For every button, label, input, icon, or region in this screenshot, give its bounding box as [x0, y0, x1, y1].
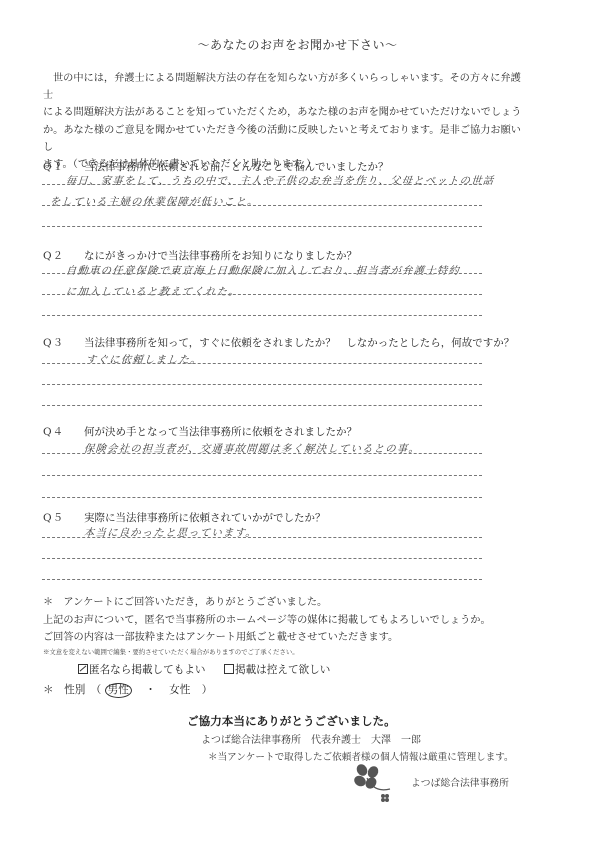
- answer-rule: [42, 294, 482, 295]
- answer-rule: [42, 273, 482, 274]
- four-leaf-clover-icon: [352, 763, 412, 805]
- answer-rule: [42, 537, 482, 538]
- answer-rule: [42, 205, 482, 206]
- question-number: Q４: [43, 424, 64, 439]
- gender-female[interactable]: 女性: [169, 684, 190, 696]
- answer-rule: [42, 384, 482, 385]
- question-number: Q１: [43, 159, 64, 174]
- thanks-note: ＊ アンケートにご回答いただき，ありがとうございました。: [43, 593, 327, 608]
- gender-male-selected[interactable]: 男性: [105, 683, 132, 698]
- question-text: 実際に当法律事務所に依頼されていかがでしたか？: [84, 510, 326, 525]
- answer-line: 自動車の任意保険で東京海上日動保険に加入しており、担当者が弁護士特約: [65, 262, 460, 277]
- answer-rule: [42, 363, 482, 364]
- option-anonymous-ok[interactable]: 匿名なら掲載してもよい: [78, 662, 206, 677]
- signature: よつば総合法律事務所 代表弁護士 大澤 一郎: [201, 731, 421, 746]
- checkbox-empty-icon[interactable]: [224, 664, 234, 674]
- answer-rule: [42, 453, 482, 454]
- question-number: Q３: [43, 335, 64, 350]
- question-text: 何が決め手となって当法律事務所に依頼をされましたか？: [84, 424, 357, 439]
- answer-rule: [42, 405, 482, 406]
- page-title: ～あなたのお声をお聞かせ下さい～: [0, 36, 595, 53]
- intro-line: 世の中には，弁護士による問題解決方法の存在を知らない方が多くいらっしゃいます。そ…: [43, 70, 523, 104]
- logo-text: よつば総合法律事務所: [411, 775, 509, 789]
- edit-note: ※文意を変えない範囲で編集・要約させていただく場合がありますのでご了承ください。: [43, 647, 299, 656]
- answer-rule: [42, 558, 482, 559]
- answer-rule: [42, 579, 482, 580]
- publish-question: 上記のお声について，匿名で当事務所のホームページ等の媒体に掲載してもよろしいでし…: [43, 611, 491, 626]
- answer-line: に加入していると教えてくれた。: [65, 283, 240, 298]
- question-text: 当法律事務所を知って，すぐに依頼をされましたか？ しなかったとしたら，何故ですか…: [84, 335, 514, 350]
- publish-detail: ご回答の内容は一部抜粋またはアンケート用紙ごと載せさせていただきます。: [43, 628, 398, 643]
- gender-field: ＊ 性別 （ 男性 ・ 女性 ）: [43, 682, 212, 698]
- answer-rule: [42, 497, 482, 498]
- answer-rule: [42, 184, 482, 185]
- question-number: Q２: [43, 248, 64, 263]
- checkbox-checked-icon[interactable]: [78, 664, 88, 674]
- answer-rule: [42, 315, 482, 316]
- answer-rule: [42, 226, 482, 227]
- question-text: なにがきっかけで当法律事務所をお知りになりましたか？: [84, 248, 357, 263]
- answer-rule: [42, 475, 482, 476]
- footer-thanks: ご協力本当にありがとうございました。: [187, 713, 396, 729]
- privacy-note: ＊当アンケートで取得したご依頼者様の個人情報は厳重に管理します。: [208, 749, 514, 763]
- intro-line: による問題解決方法があることを知っていただくため，あなた様のお声を聞かせていただ…: [43, 104, 523, 121]
- question-number: Q５: [43, 510, 64, 525]
- intro-paragraph: 世の中には，弁護士による問題解決方法の存在を知らない方が多くいらっしゃいます。そ…: [43, 70, 523, 173]
- intro-line: か。あなた様のご意見を聞かせていただき今後の活動に反映したいと考えております。是…: [43, 122, 523, 156]
- option-no-publish[interactable]: 掲載は控えて欲しい: [224, 662, 330, 677]
